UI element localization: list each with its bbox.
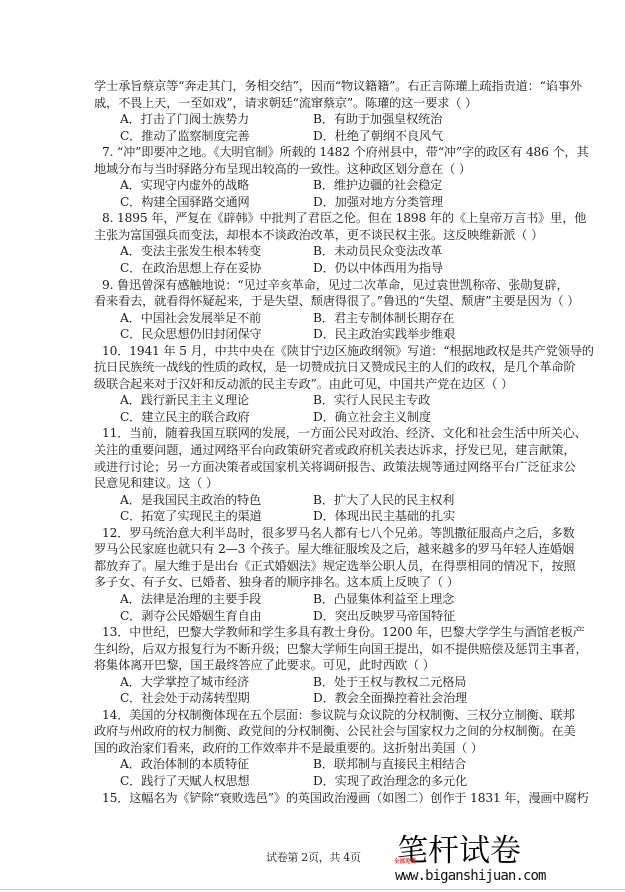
options-row: A．践行新民主主义理论B．实行人民民主专政: [94, 392, 536, 409]
option-d[interactable]: D．体现出民主基础的扎实: [313, 508, 455, 525]
question-stem: 学士承旨蔡京等“奔走其门，务相交结”，因而“物议籍籍”。右正言陈瓘上疏指责道：“…: [94, 78, 536, 95]
question-text-line: 多子女、有子女、已婚者、独身者的顺序排名。这本质上反映了（ ）: [94, 574, 536, 591]
option-d[interactable]: D．杜绝了朝纲不良风气: [313, 128, 443, 145]
option-a[interactable]: A．践行新民主主义理论: [94, 392, 313, 409]
option-c[interactable]: C．建立民主的联合政府: [94, 409, 313, 426]
question-13: 13．中世纪，巴黎大学教师和学生多具有教士身份。1200 年，巴黎大学学生与酒馆…: [94, 624, 536, 707]
option-c[interactable]: C．构建全国驿路交通网: [94, 194, 313, 211]
page-number: 试卷第 2页，共 4页: [266, 849, 361, 865]
option-a[interactable]: A．打击了门阀士族势力: [94, 111, 313, 128]
option-b[interactable]: B．联邦制与直接民主相结合: [313, 756, 466, 773]
option-d[interactable]: D．实现了政治理念的多元化: [313, 773, 467, 790]
options-row: A．大学掌控了城市经济B．处于王权与教权二元格局: [94, 674, 536, 691]
option-b[interactable]: B．君主专制体制长期存在: [313, 310, 454, 327]
question-stem: 10．1941 年 5 月，中共中央在《陕甘宁边区施政纲领》写道：“根据地政权是…: [94, 343, 536, 360]
question-text-line: 抗日民族统一战线的性质的政权，是一切赞成抗日又赞成民主的人们的政权，是几个革命阶: [94, 359, 536, 376]
question-text-line: 主张为富国强兵而变法，却根本不谈政治改革，更不谈民权主张。这反映维新派（ ）: [94, 227, 536, 244]
free-badge: 全部免费: [394, 857, 416, 865]
option-d[interactable]: D．突出反映罗马帝国特征: [313, 608, 455, 625]
options-row: A．是我国民主政治的特色B．扩大了人民的民主权利: [94, 492, 536, 509]
question-6: 学士承旨蔡京等“奔走其门，务相交结”，因而“物议籍籍”。右正言陈瓘上疏指责道：“…: [94, 78, 536, 144]
option-d[interactable]: D．教会全面操控着社会治理: [313, 690, 467, 707]
question-14: 14．美国的分权制衡体现在五个层面：参议院与众议院的分权制衡、三权分立制衡、联邦…: [94, 707, 536, 790]
options-row: C．践行了天赋人权思想D．实现了政治理念的多元化: [94, 773, 536, 790]
question-12: 12．罗马统治意大利半岛时，很多罗马名人都有七八个兄弟。等凯撒征服高卢之后，多数…: [94, 525, 536, 624]
question-11: 11．当前，随着我国互联网的发展，一方面公民对政治、经济、文化和社会生活中所关心…: [94, 425, 536, 524]
question-stem: 15．这幅名为《铲除“衰败选邑”》的英国政治漫画（如图二）创作于 1831 年，…: [94, 790, 536, 807]
exam-page: 学士承旨蔡京等“奔走其门，务相交结”，因而“物议籍籍”。右正言陈瓘上疏指责道：“…: [0, 0, 625, 892]
option-d[interactable]: D．加强对地方分类管理: [313, 194, 443, 211]
question-text-line: 罗马公民家庭也就只有 2—3 个孩子。屋大维征服埃及之后，越来越多的罗马年轻人连…: [94, 541, 536, 558]
option-c[interactable]: C．民众思想仍旧封闭保守: [94, 326, 313, 343]
options-row: C．拓宽了实现民主的渠道D．体现出民主基础的扎实: [94, 508, 536, 525]
question-stem: 13．中世纪，巴黎大学教师和学生多具有教士身份。1200 年，巴黎大学学生与酒馆…: [94, 624, 536, 641]
question-list: 学士承旨蔡京等“奔走其门，务相交结”，因而“物议籍籍”。右正言陈瓘上疏指责道：“…: [94, 78, 536, 806]
question-text-line: 关注的重要问题，通过网络平台向政策研究者或政府机关表达诉求，抒发已见，建言献策，: [94, 442, 536, 459]
options-row: A．中国社会发展举足不前B．君主专制体制长期存在: [94, 310, 536, 327]
options-row: A．打击了门阀士族势力B．有助于加强皇权统治: [94, 111, 536, 128]
option-b[interactable]: B．有助于加强皇权统治: [313, 111, 442, 128]
question-text-line: 或进行讨论；另一方面决策者或国家机关将调研报告、政策法规等通过网络平台广泛征求公: [94, 459, 536, 476]
option-a[interactable]: A．大学掌控了城市经济: [94, 674, 313, 691]
site-url: www.biganshijuan.com: [395, 868, 546, 884]
options-row: C．社会处于动荡转型期D．教会全面操控着社会治理: [94, 690, 536, 707]
option-a[interactable]: A．中国社会发展举足不前: [94, 310, 313, 327]
options-row: A．变法主张发生根本转变B．未动员民众变法改革: [94, 243, 536, 260]
option-c[interactable]: C．在政治思想上存在妥协: [94, 260, 313, 277]
bottom-divider: [0, 889, 625, 890]
options-row: C．推动了监察制度完善D．杜绝了朝纲不良风气: [94, 128, 536, 145]
option-a[interactable]: A．是我国民主政治的特色: [94, 492, 313, 509]
question-text-line: 生纠纷，后双方报复行为不断升级；巴黎大学师生向国王提出，如不提供赔偿及惩罚主事者…: [94, 641, 536, 658]
question-15: 15．这幅名为《铲除“衰败选邑”》的英国政治漫画（如图二）创作于 1831 年，…: [94, 790, 536, 807]
question-text-line: 看来看去，就看得怀疑起来，于是失望、颓唐得很了。”鲁迅的“失望、颓唐”主要是因为…: [94, 293, 536, 310]
question-stem: 8. 1895 年，严复在《辟韩》中批判了君臣之伦。但在 1898 年的《上皇帝…: [94, 210, 536, 227]
option-a[interactable]: A．法律是治理的主要手段: [94, 591, 313, 608]
option-d[interactable]: D．民主政治实践举步维艰: [313, 326, 455, 343]
question-stem: 7. “冲”即要冲之地。《大明官制》所载的 1482 个府州县中，带“冲”字的政…: [94, 144, 536, 161]
option-c[interactable]: C．社会处于动荡转型期: [94, 690, 313, 707]
option-c[interactable]: C．拓宽了实现民主的渠道: [94, 508, 313, 525]
question-text-line: 民意见和建议。这（ ）: [94, 475, 536, 492]
question-8: 8. 1895 年，严复在《辟韩》中批判了君臣之伦。但在 1898 年的《上皇帝…: [94, 210, 536, 276]
question-stem: 12．罗马统治意大利半岛时，很多罗马名人都有七八个兄弟。等凯撒征服高卢之后，多数: [94, 525, 536, 542]
option-a[interactable]: A．实现守内虚外的战略: [94, 177, 313, 194]
question-10: 10．1941 年 5 月，中共中央在《陕甘宁边区施政纲领》写道：“根据地政权是…: [94, 343, 536, 426]
option-d[interactable]: D．确立社会主义制度: [313, 409, 431, 426]
question-stem: 9. 鲁迅曾深有感触地说：“见过辛亥革命，见过二次革命，见过袁世凯称帝、张勋复辟…: [94, 277, 536, 294]
options-row: A．法律是治理的主要手段B．凸显集体利益至上理念: [94, 591, 536, 608]
option-b[interactable]: B．维护边疆的社会稳定: [313, 177, 442, 194]
option-b[interactable]: B．实行人民民主专政: [313, 392, 430, 409]
question-text-line: 国的政治家们看来，政府的工作效率并不是最重要的。这折射出美国（ ）: [94, 740, 536, 757]
question-text-line: 戚，不畏上天，一至如戏”，请求朝廷“流窜蔡京”。陈瓘的这一要求（ ）: [94, 95, 536, 112]
options-row: C．建立民主的联合政府D．确立社会主义制度: [94, 409, 536, 426]
option-c[interactable]: C．剥夺公民婚姻生育自由: [94, 608, 313, 625]
question-text-line: 政府与州政府的权力制衡、政党间的分权制衡、公民社会与国家权力之间的分权制衡。在美: [94, 723, 536, 740]
question-text-line: 将集体离开巴黎，国王最终答应了此要求。可见，此时西欧（ ）: [94, 657, 536, 674]
option-c[interactable]: C．践行了天赋人权思想: [94, 773, 313, 790]
options-row: C．在政治思想上存在妥协D．仍以中体西用为指导: [94, 260, 536, 277]
option-b[interactable]: B．处于王权与教权二元格局: [313, 674, 466, 691]
options-row: C．民众思想仍旧封闭保守D．民主政治实践举步维艰: [94, 326, 536, 343]
option-a[interactable]: A．政治体制的本质特征: [94, 756, 313, 773]
question-stem: 14．美国的分权制衡体现在五个层面：参议院与众议院的分权制衡、三权分立制衡、联邦: [94, 707, 536, 724]
question-text-line: 都放弃了。屋大维于是出台《正式婚姻法》规定选举公职人员，在得票相同的情况下，按照: [94, 558, 536, 575]
question-7: 7. “冲”即要冲之地。《大明官制》所载的 1482 个府州县中，带“冲”字的政…: [94, 144, 536, 210]
option-b[interactable]: B．凸显集体利益至上理念: [313, 591, 454, 608]
option-a[interactable]: A．变法主张发生根本转变: [94, 243, 313, 260]
options-row: C．剥夺公民婚姻生育自由D．突出反映罗马帝国特征: [94, 608, 536, 625]
question-text-line: 级联合起来对于汉奸和反动派的民主专政”。由此可见，中国共产党在边区（ ）: [94, 376, 536, 393]
question-text-line: 地域分布与当时驿路分布呈现出较高的一致性。这种政区划分意在（ ）: [94, 161, 536, 178]
question-stem: 11．当前，随着我国互联网的发展，一方面公民对政治、经济、文化和社会生活中所关心…: [94, 425, 536, 442]
options-row: A．实现守内虚外的战略B．维护边疆的社会稳定: [94, 177, 536, 194]
option-c[interactable]: C．推动了监察制度完善: [94, 128, 313, 145]
option-b[interactable]: B．未动员民众变法改革: [313, 243, 442, 260]
options-row: C．构建全国驿路交通网D．加强对地方分类管理: [94, 194, 536, 211]
option-b[interactable]: B．扩大了人民的民主权利: [313, 492, 454, 509]
question-9: 9. 鲁迅曾深有感触地说：“见过辛亥革命，见过二次革命，见过袁世凯称帝、张勋复辟…: [94, 277, 536, 343]
options-row: A．政治体制的本质特征B．联邦制与直接民主相结合: [94, 756, 536, 773]
option-d[interactable]: D．仍以中体西用为指导: [313, 260, 443, 277]
